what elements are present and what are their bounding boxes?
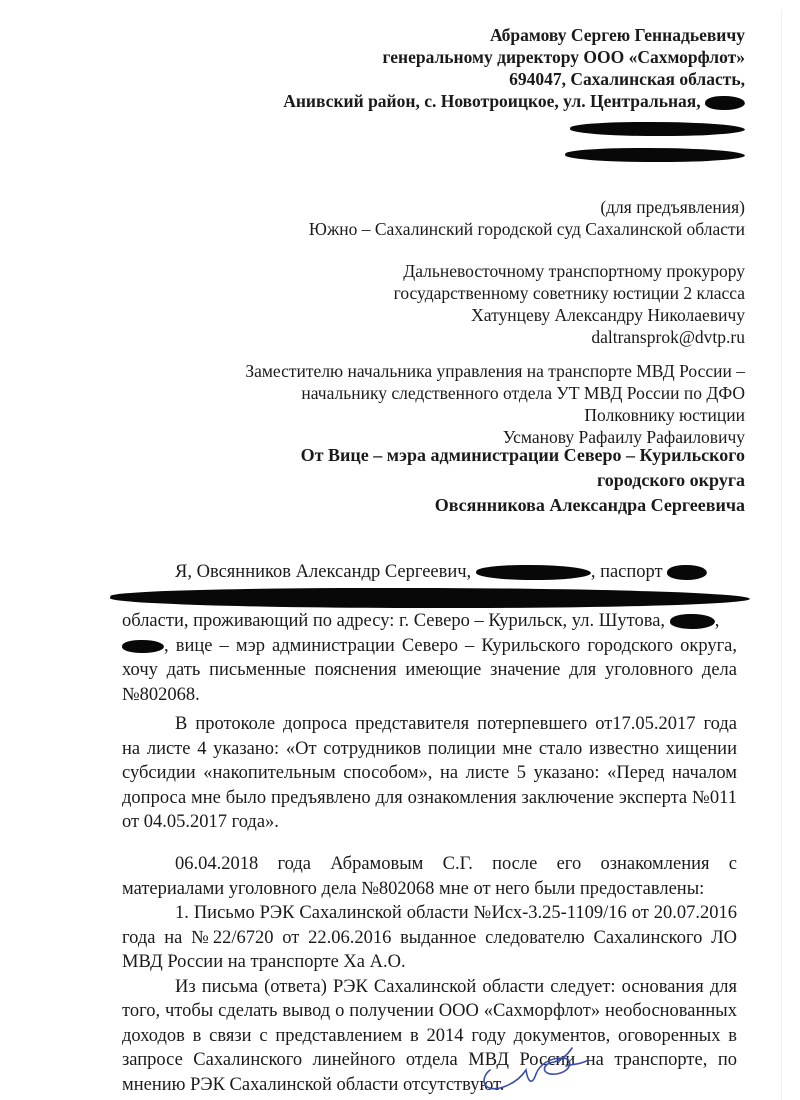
prosecutor-rank: государственному советнику юстиции 2 кла… — [394, 282, 745, 304]
addressee-address-line1: 694047, Сахалинская область, — [283, 68, 745, 90]
addressee-position: генеральному директору ООО «Сахморфлот» — [283, 46, 745, 68]
prosecutor-email: daltransprok@dvtp.ru — [394, 326, 745, 348]
list-item-1: 1. Письмо РЭК Сахалинской области №Исх-3… — [122, 901, 737, 975]
signature — [470, 1040, 610, 1095]
redaction-mark — [704, 96, 747, 110]
addressee-name: Абрамову Сергею Геннадьевичу — [283, 24, 745, 46]
addressee-prosecutor: Дальневосточному транспортному прокурору… — [394, 260, 745, 348]
redaction-mark — [569, 122, 747, 136]
court-note: (для предъявления) — [309, 196, 745, 218]
para1-start: Я, Овсянников Александр Сергеевич, — [175, 562, 471, 582]
redaction-mark — [121, 640, 166, 653]
prosecutor-name: Хатунцеву Александру Николаевичу — [394, 304, 745, 326]
mvd-title-line1: Заместителю начальника управления на тра… — [245, 360, 745, 382]
redacted-line — [283, 116, 745, 138]
statement-paragraph-2: В протоколе допроса представителя потерп… — [122, 712, 737, 835]
sender-name: Овсянникова Александра Сергеевича — [301, 493, 745, 518]
addressee-mvd: Заместителю начальника управления на тра… — [245, 360, 745, 448]
statement-paragraph-1: Я, Овсянников Александр Сергеевич, , пас… — [122, 560, 737, 707]
redaction-mark — [564, 148, 747, 162]
sender-line1: От Вице – мэра администрации Северо – Ку… — [301, 443, 745, 468]
prosecutor-title: Дальневосточному транспортному прокурору — [394, 260, 745, 282]
redaction-mark — [108, 588, 752, 608]
addressee-abramov: Абрамову Сергею Геннадьевичу генеральном… — [283, 24, 745, 164]
addressee-address-line2: Анивский район, с. Новотроицкое, ул. Цен… — [283, 90, 745, 112]
redaction-mark — [666, 565, 709, 580]
scan-page-edge — [781, 10, 782, 1100]
para1-address: области, проживающий по адресу: г. Север… — [122, 611, 665, 631]
para1-rest: , вице – мэр администрации Северо – Кури… — [122, 636, 737, 705]
sender-block: От Вице – мэра администрации Северо – Ку… — [301, 443, 745, 518]
statement-paragraph-3: 06.04.2018 года Абрамовым С.Г. после его… — [122, 852, 737, 1097]
mvd-title-line2: начальнику следственного отдела УТ МВД Р… — [245, 382, 745, 404]
mvd-rank: Полковнику юстиции — [245, 404, 745, 426]
redacted-line — [283, 142, 745, 164]
para2-text: В протоколе допроса представителя потерп… — [122, 712, 737, 835]
para4-text: Из письма (ответа) РЭК Сахалинской облас… — [122, 975, 737, 1098]
addressee-court: (для предъявления) Южно – Сахалинский го… — [309, 196, 745, 240]
redacted-line — [122, 585, 737, 610]
address-text: Анивский район, с. Новотроицкое, ул. Цен… — [283, 91, 700, 111]
redaction-mark — [474, 565, 592, 580]
para3-text: 06.04.2018 года Абрамовым С.Г. после его… — [122, 852, 737, 901]
redaction-mark — [668, 614, 716, 629]
sender-line2: городского округа — [301, 468, 745, 493]
court-name: Южно – Сахалинский городской суд Сахалин… — [309, 218, 745, 240]
para1-passport: , паспорт — [591, 562, 663, 582]
